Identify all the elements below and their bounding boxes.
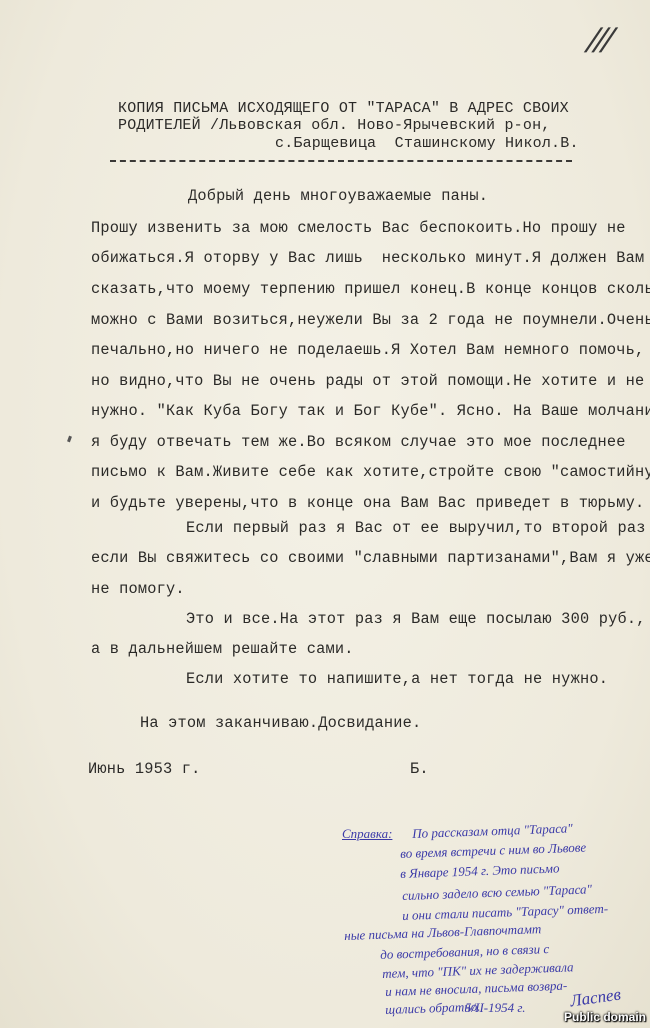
heading-line-3: с.Барщевица Сташинскому Никол.В.	[275, 135, 579, 153]
letter-body-line: обижаться.Я оторву у Вас лишь несколько …	[91, 249, 644, 267]
letter-body-line: письмо к Вам.Живите себе как хотите,стро…	[91, 463, 650, 481]
para2-line-2: если Вы свяжитесь со своими "славными па…	[91, 549, 650, 567]
para4: Если хотите то напишите,а нет тогда не н…	[186, 670, 608, 688]
letter-body-line: можно с Вами возиться,неужели Вы за 2 го…	[91, 311, 650, 329]
para2-line-3: не помогу.	[91, 580, 185, 598]
para3-line-1: Это и все.На этот раз я Вам еще посылаю …	[186, 610, 646, 628]
letter-body-line: я буду отвечать тем же.Во всяком случае …	[91, 433, 626, 451]
letter-body-line: и будьте уверены,что в конце она Вам Вас…	[91, 494, 644, 512]
para3-line-2: а в дальнейшем решайте сами.	[91, 640, 354, 658]
annotation-date: 5/II-1954 г.	[465, 1000, 526, 1016]
para2-line-1: Если первый раз я Вас от ее выручил,то в…	[186, 519, 646, 537]
letter-body-line: Прошу извенить за мою смелость Вас беспо…	[91, 219, 626, 237]
letter-body-line: печально,но ничего не поделаешь.Я Хотел …	[91, 341, 644, 359]
greeting: Добрый день многоуважаемые паны.	[188, 187, 488, 205]
closing: На этом заканчиваю.Досвидание.	[140, 714, 421, 732]
letter-body-line: сказать,что моему терпению пришел конец.…	[91, 280, 650, 298]
annotation-label: Справка:	[342, 826, 392, 842]
letter-date: Июнь 1953 г.	[88, 760, 201, 778]
heading-line-1: КОПИЯ ПИСЬМА ИСХОДЯЩЕГО ОТ "ТАРАСА" В АД…	[118, 100, 569, 118]
letter-body-line: нужно. "Как Куба Богу так и Бог Кубе". Я…	[91, 402, 650, 420]
heading-line-2: РОДИТЕЛЕЙ /Львовская обл. Ново-Ярычевски…	[118, 117, 550, 135]
heading-divider	[110, 160, 572, 162]
letter-body-line: но видно,что Вы не очень рады от этой по…	[91, 372, 644, 390]
public-domain-watermark: Public domain	[564, 1010, 646, 1024]
letter-signature-initial: Б.	[410, 760, 429, 778]
